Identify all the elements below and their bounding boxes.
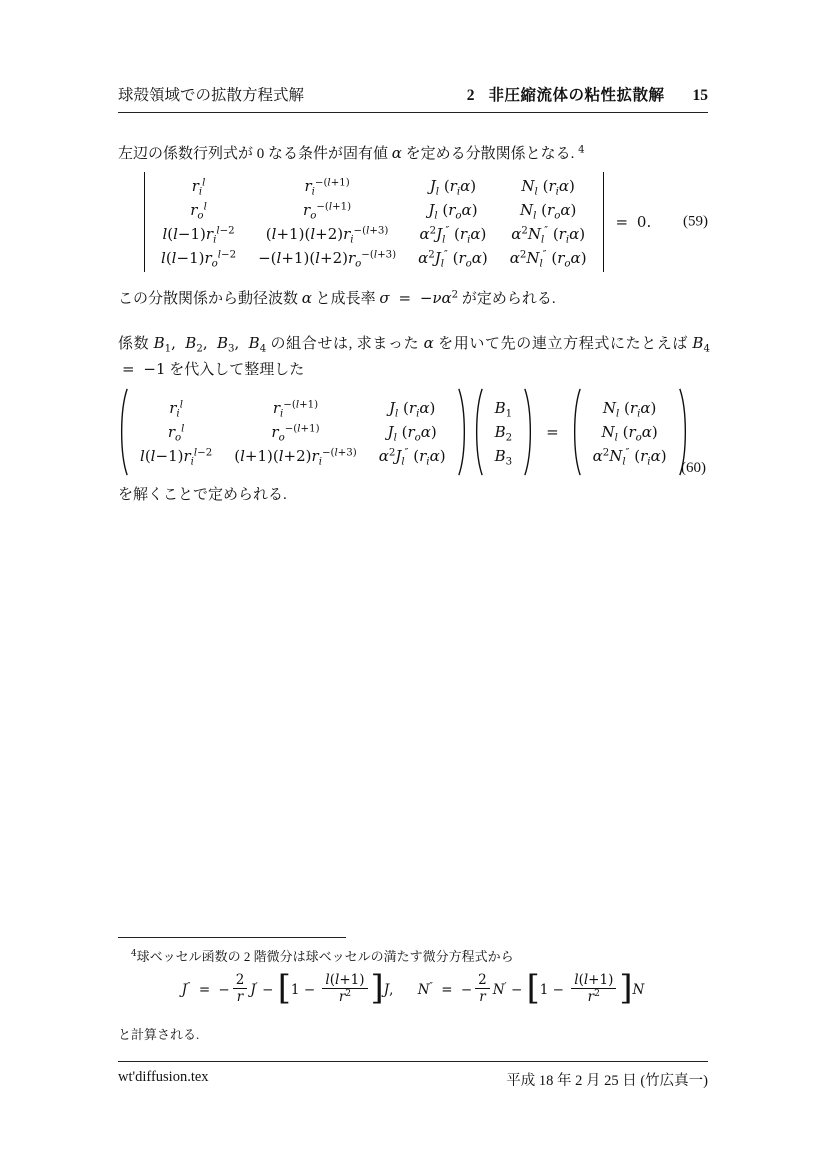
text-segment: が定められる.	[458, 291, 556, 307]
footnote-equation: J″ = −2rJ′ − [1 − l(l+1)r2]J, N″ = −2rN′…	[118, 974, 708, 1007]
matrix-cell: −(l+1)(l+2)ro−(l+3)	[247, 246, 407, 270]
page-footer: wt'diffusion.tex 平成 18 年 2 月 25 日 (竹広真一)	[118, 1069, 708, 1090]
matrix-cell: l(l−1)rol−2	[150, 246, 247, 270]
footer-filename: wt'diffusion.tex	[118, 1069, 209, 1090]
equation-number-60: (60)	[681, 460, 706, 477]
text-segment: を用いて先の連立方程式にたとえば	[434, 336, 693, 352]
document-page: 球殻領域での拡散方程式解 2 非圧縮流体の粘性拡散解 15 左辺の係数行列式が …	[0, 0, 826, 1169]
matrix-row: B1	[484, 396, 524, 420]
inline-math: α	[424, 334, 434, 352]
matrix-cell: Nl (riα)	[582, 396, 678, 420]
paragraph-solving-closure: を解くことで定められる.	[118, 483, 710, 508]
footer-rule	[118, 1061, 708, 1062]
matrix-row: Nl (riα)	[582, 396, 678, 420]
matrix-cell: B2	[484, 420, 524, 444]
matrix-cell: Jl (riα)	[407, 174, 499, 198]
matrix-cell: α2Jl″ (riα)	[368, 444, 457, 468]
paren-left-icon	[571, 388, 582, 476]
matrix-cell: Nl (riα)	[499, 174, 598, 198]
matrix-cell: α2Nl″ (riα)	[582, 444, 678, 468]
coefficient-matrix: rilri−(l+1)Jl (riα)rolro−(l+1)Jl (roα)l(…	[129, 396, 457, 468]
paragraph-growth-rate: この分散関係から動径波数 α と成長率 σ = −να2 が定められる.	[118, 286, 710, 312]
inline-math: α	[302, 289, 312, 307]
matrix-cell: ri−(l+1)	[223, 396, 368, 420]
matrix-cell: ro−(l+1)	[223, 420, 368, 444]
eq59-equals-zero: = 0.	[612, 213, 652, 231]
text-segment: の組合せは, 求まった	[266, 336, 423, 352]
footnote-rule	[118, 937, 346, 938]
matrix-row: B2	[484, 420, 524, 444]
matrix-cell: Jl (roα)	[368, 420, 457, 444]
page-header: 球殻領域での拡散方程式解 2 非圧縮流体の粘性拡散解 15	[118, 83, 708, 113]
header-right-group: 2 非圧縮流体の粘性拡散解 15	[467, 83, 708, 105]
matrix-row: rolro−(l+1)Jl (roα)Nl (roα)	[150, 198, 598, 222]
determinant-matrix: rilri−(l+1)Jl (riα)Nl (riα)rolro−(l+1)Jl…	[144, 172, 604, 272]
text-segment: 係数	[118, 336, 154, 352]
rhs-vector: Nl (riα)Nl (roα)α2Nl″ (riα)	[582, 396, 678, 468]
paren-right-icon	[523, 388, 534, 476]
matrix-cell: ro−(l+1)	[247, 198, 407, 222]
matrix-cell: rol	[150, 198, 247, 222]
paren-right-icon	[457, 388, 468, 476]
matrix-cell: ri−(l+1)	[247, 174, 407, 198]
equation-60: rilri−(l+1)Jl (riα)rolro−(l+1)Jl (roα)l(…	[118, 388, 708, 476]
inline-math: σ = −να2	[379, 289, 458, 307]
footnote-closing: と計算される.	[118, 1024, 708, 1043]
header-page-number: 15	[693, 87, 709, 105]
matrix-row: B3	[484, 444, 524, 468]
matrix-cell: Jl (riα)	[368, 396, 457, 420]
footnote-text: 4球ベッセル函数の 2 階微分は球ベッセルの満たす微分方程式から	[118, 946, 721, 965]
text-segment: 左辺の係数行列式が 0 なる条件が固有値	[118, 146, 392, 162]
eq60-equals-sign: =	[542, 423, 563, 441]
matrix-cell: Nl (roα)	[499, 198, 598, 222]
footer-date: 平成 18 年 2 月 25 日 (竹広真一)	[506, 1069, 708, 1090]
matrix-cell: ril	[129, 396, 223, 420]
inline-math: 4	[578, 144, 584, 162]
unknown-vector-B: B1B2B3	[484, 396, 524, 468]
matrix-cell: B1	[484, 396, 524, 420]
text-segment: を代入して整理した	[165, 362, 304, 378]
matrix-cell: l(l−1)ril−2	[129, 444, 223, 468]
paragraph-coefficients: 係数 B1, B2, B3, B4 の組合せは, 求まった α を用いて先の連立…	[118, 331, 710, 383]
paren-left-icon	[118, 388, 129, 476]
text-segment: 球ベッセル函数の 2 階微分は球ベッセルの満たす微分方程式から	[137, 949, 514, 964]
paren-left-icon	[473, 388, 484, 476]
matrix-cell: rol	[129, 420, 223, 444]
matrix-cell: α2Jl″ (riα)	[407, 222, 499, 246]
matrix-row: rilri−(l+1)Jl (riα)	[129, 396, 457, 420]
text-segment: この分散関係から動径波数	[118, 291, 302, 307]
paragraph-dispersion-intro: 左辺の係数行列式が 0 なる条件が固有値 α を定める分散関係となる. 4	[118, 141, 710, 167]
matrix-row: α2Nl″ (riα)	[582, 444, 678, 468]
matrix-cell: (l+1)(l+2)ri−(l+3)	[223, 444, 368, 468]
matrix-row: rilri−(l+1)Jl (riα)Nl (riα)	[150, 174, 598, 198]
text-segment: を解くことで定められる.	[118, 487, 287, 503]
matrix-cell: Jl (roα)	[407, 198, 499, 222]
matrix-row: l(l−1)ril−2(l+1)(l+2)ri−(l+3)α2Jl″ (riα)…	[150, 222, 598, 246]
inline-math: B1, B2, B3, B4	[154, 334, 267, 352]
matrix-cell: α2Nl″ (roα)	[499, 246, 598, 270]
matrix-cell: B3	[484, 444, 524, 468]
matrix-row: l(l−1)rol−2−(l+1)(l+2)ro−(l+3)α2Jl″ (roα…	[150, 246, 598, 270]
header-section-number: 2	[467, 87, 475, 105]
header-section-title: 非圧縮流体の粘性拡散解	[488, 83, 664, 105]
text-segment: を定める分散関係となる.	[402, 146, 578, 162]
matrix-row: l(l−1)ril−2(l+1)(l+2)ri−(l+3)α2Jl″ (riα)	[129, 444, 457, 468]
header-running-title: 球殻領域での拡散方程式解	[118, 83, 304, 105]
matrix-cell: ril	[150, 174, 247, 198]
matrix-cell: Nl (roα)	[582, 420, 678, 444]
inline-math: α	[392, 144, 402, 162]
matrix-cell: l(l−1)ril−2	[150, 222, 247, 246]
matrix-cell: α2Nl″ (riα)	[499, 222, 598, 246]
equation-number-59: (59)	[683, 214, 708, 231]
matrix-cell: α2Jl″ (roα)	[407, 246, 499, 270]
matrix-4x4: rilri−(l+1)Jl (riα)Nl (riα)rolro−(l+1)Jl…	[150, 174, 598, 270]
matrix-row: rolro−(l+1)Jl (roα)	[129, 420, 457, 444]
matrix-cell: (l+1)(l+2)ri−(l+3)	[247, 222, 407, 246]
matrix-row: Nl (roα)	[582, 420, 678, 444]
equation-59: rilri−(l+1)Jl (riα)Nl (riα)rolro−(l+1)Jl…	[118, 172, 708, 272]
text-segment: と成長率	[312, 291, 380, 307]
